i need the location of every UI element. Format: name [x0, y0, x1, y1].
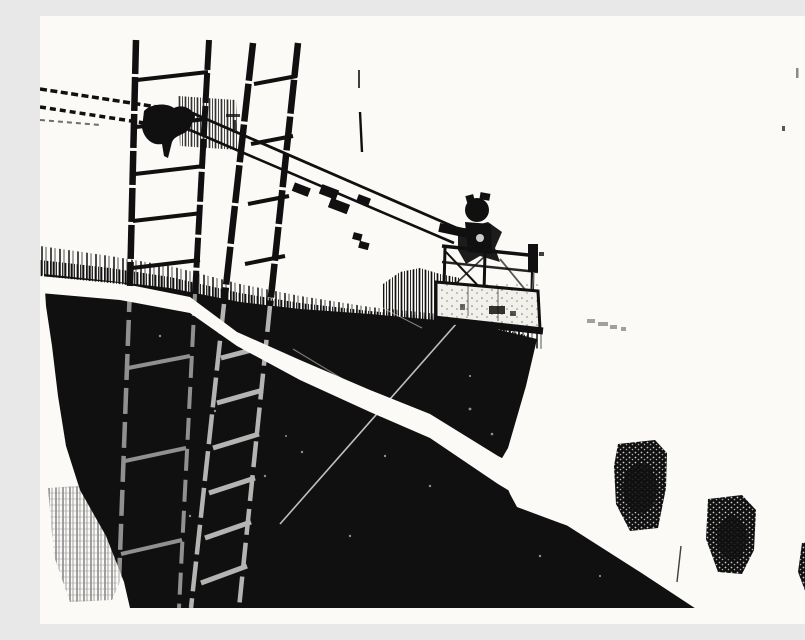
boom-end-bracket — [528, 244, 538, 272]
photograph — [40, 16, 805, 624]
concrete-block-1 — [614, 440, 667, 531]
distant-marks — [587, 68, 799, 331]
cable-clamps — [292, 182, 371, 250]
pole — [359, 70, 362, 152]
pulley-silhouette — [142, 96, 240, 158]
suspension-cables — [40, 89, 459, 243]
worker-arm — [438, 223, 469, 238]
concrete-block-2 — [706, 495, 756, 574]
concrete-block-3 — [798, 539, 805, 604]
photo-canvas — [40, 16, 805, 624]
embankment-slope — [44, 274, 713, 608]
